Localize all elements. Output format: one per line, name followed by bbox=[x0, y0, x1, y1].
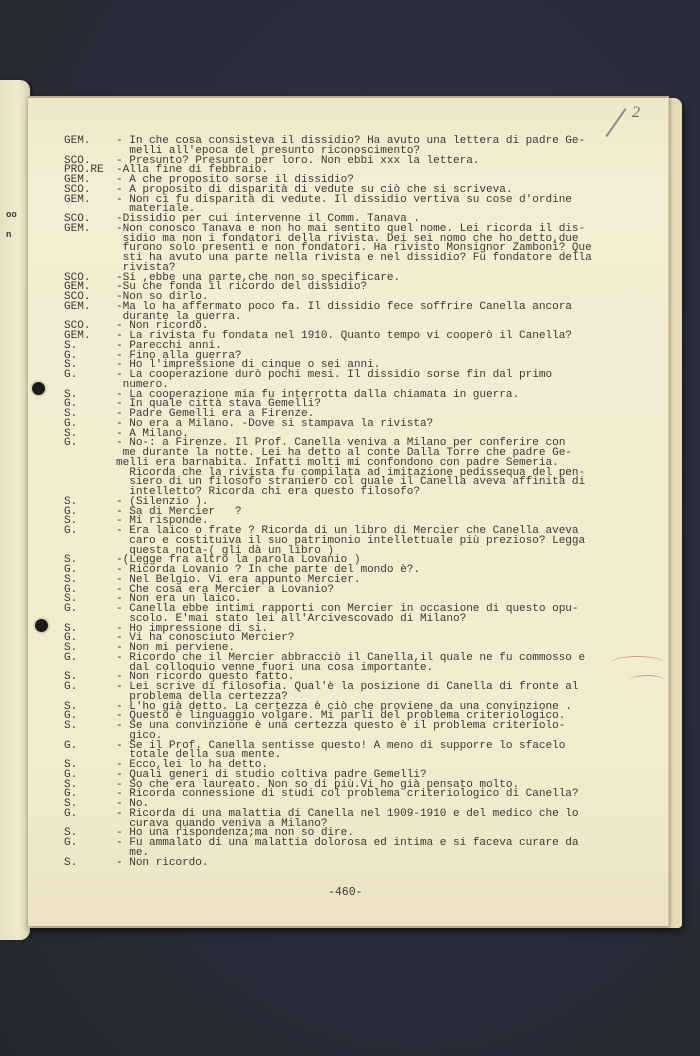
utterance-text: - Ricorda connessione di studi col probl… bbox=[116, 790, 664, 800]
speaker-label: GEM. bbox=[64, 137, 116, 157]
utterance-text: -Non conosco Tanava e non ho mai sentito… bbox=[116, 225, 664, 274]
corner-annotation: 2 bbox=[632, 104, 640, 122]
utterance-text: - Fu ammalato di una malattia dolorosa e… bbox=[116, 839, 664, 859]
utterance-text: - Non ricordo. bbox=[116, 859, 664, 869]
speaker-label: G. bbox=[64, 605, 116, 625]
utterance-text: - Lei scrive di filosofia. Qual'è la pos… bbox=[116, 683, 664, 703]
transcript-entry: G.- Ricorda connessione di studi col pro… bbox=[64, 790, 664, 800]
utterance-text: - In che cosa consisteva il dissidio? Ha… bbox=[116, 137, 664, 157]
transcript-entry: S.- Non ricordo. bbox=[64, 859, 664, 869]
transcript-entry: G.- Canella ebbe intimi rapporti con Mer… bbox=[64, 605, 664, 625]
utterance-line: - Fu ammalato di una malattia dolorosa e… bbox=[116, 839, 664, 849]
utterance-line: sti ha avuto una parte nella rivista e n… bbox=[116, 254, 664, 264]
speaker-label: G. bbox=[64, 439, 116, 498]
speaker-label: S. bbox=[64, 859, 116, 869]
binder-hole-icon bbox=[35, 619, 48, 632]
utterance-text: - Canella ebbe intimi rapporti con Merci… bbox=[116, 605, 664, 625]
utterance-text: - No era a Milano. -Dove si stampava la … bbox=[116, 420, 664, 430]
utterance-text: - No-: a Firenze. Il Prof. Canella veniv… bbox=[116, 439, 664, 498]
utterance-text: - Se una convinzione è una certezza ques… bbox=[116, 722, 664, 742]
utterance-line: - La cooperazione durò pochi mesi. Il di… bbox=[116, 371, 664, 381]
binder-hole-icon bbox=[32, 382, 45, 395]
interview-transcript: GEM.- In che cosa consisteva il dissidio… bbox=[64, 137, 664, 868]
transcript-entry: G.- La cooperazione durò pochi mesi. Il … bbox=[64, 371, 664, 391]
utterance-text: - Era laico o frate ? Ricorda di un libr… bbox=[116, 527, 664, 556]
utterance-line: - Se una convinzione è una certezza ques… bbox=[116, 722, 664, 732]
speaker-label: S. bbox=[64, 722, 116, 742]
utterance-line: - No era a Milano. -Dove si stampava la … bbox=[116, 420, 664, 430]
utterance-line: - Ricorda connessione di studi col probl… bbox=[116, 790, 664, 800]
transcript-entry: GEM.- In che cosa consisteva il dissidio… bbox=[64, 137, 664, 157]
speaker-label: GEM. bbox=[64, 225, 116, 274]
transcript-entry: G.- Fu ammalato di una malattia dolorosa… bbox=[64, 839, 664, 859]
speaker-label: G. bbox=[64, 371, 116, 391]
page-number: -460- bbox=[328, 886, 363, 899]
speaker-label: G. bbox=[64, 839, 116, 859]
transcript-entry: G.- No-: a Firenze. Il Prof. Canella ven… bbox=[64, 439, 664, 498]
transcript-entry: S.- Se una convinzione è una certezza qu… bbox=[64, 722, 664, 742]
adjacent-page-edge: oo n bbox=[0, 80, 30, 940]
utterance-line: - Non ci fu disparità di vedute. Il diss… bbox=[116, 196, 664, 206]
transcript-entry: G.- Lei scrive di filosofia. Qual'è la p… bbox=[64, 683, 664, 703]
utterance-line: - Non ricordo. bbox=[116, 859, 664, 869]
transcript-entry: G.- Era laico o frate ? Ricorda di un li… bbox=[64, 527, 664, 556]
speaker-label: G. bbox=[64, 683, 116, 703]
side-page-mark: n bbox=[6, 230, 11, 240]
transcript-entry: GEM.-Non conosco Tanava e non ho mai sen… bbox=[64, 225, 664, 274]
utterance-text: - La cooperazione durò pochi mesi. Il di… bbox=[116, 371, 664, 391]
speaker-label: G. bbox=[64, 527, 116, 556]
side-page-mark: oo bbox=[6, 210, 17, 220]
